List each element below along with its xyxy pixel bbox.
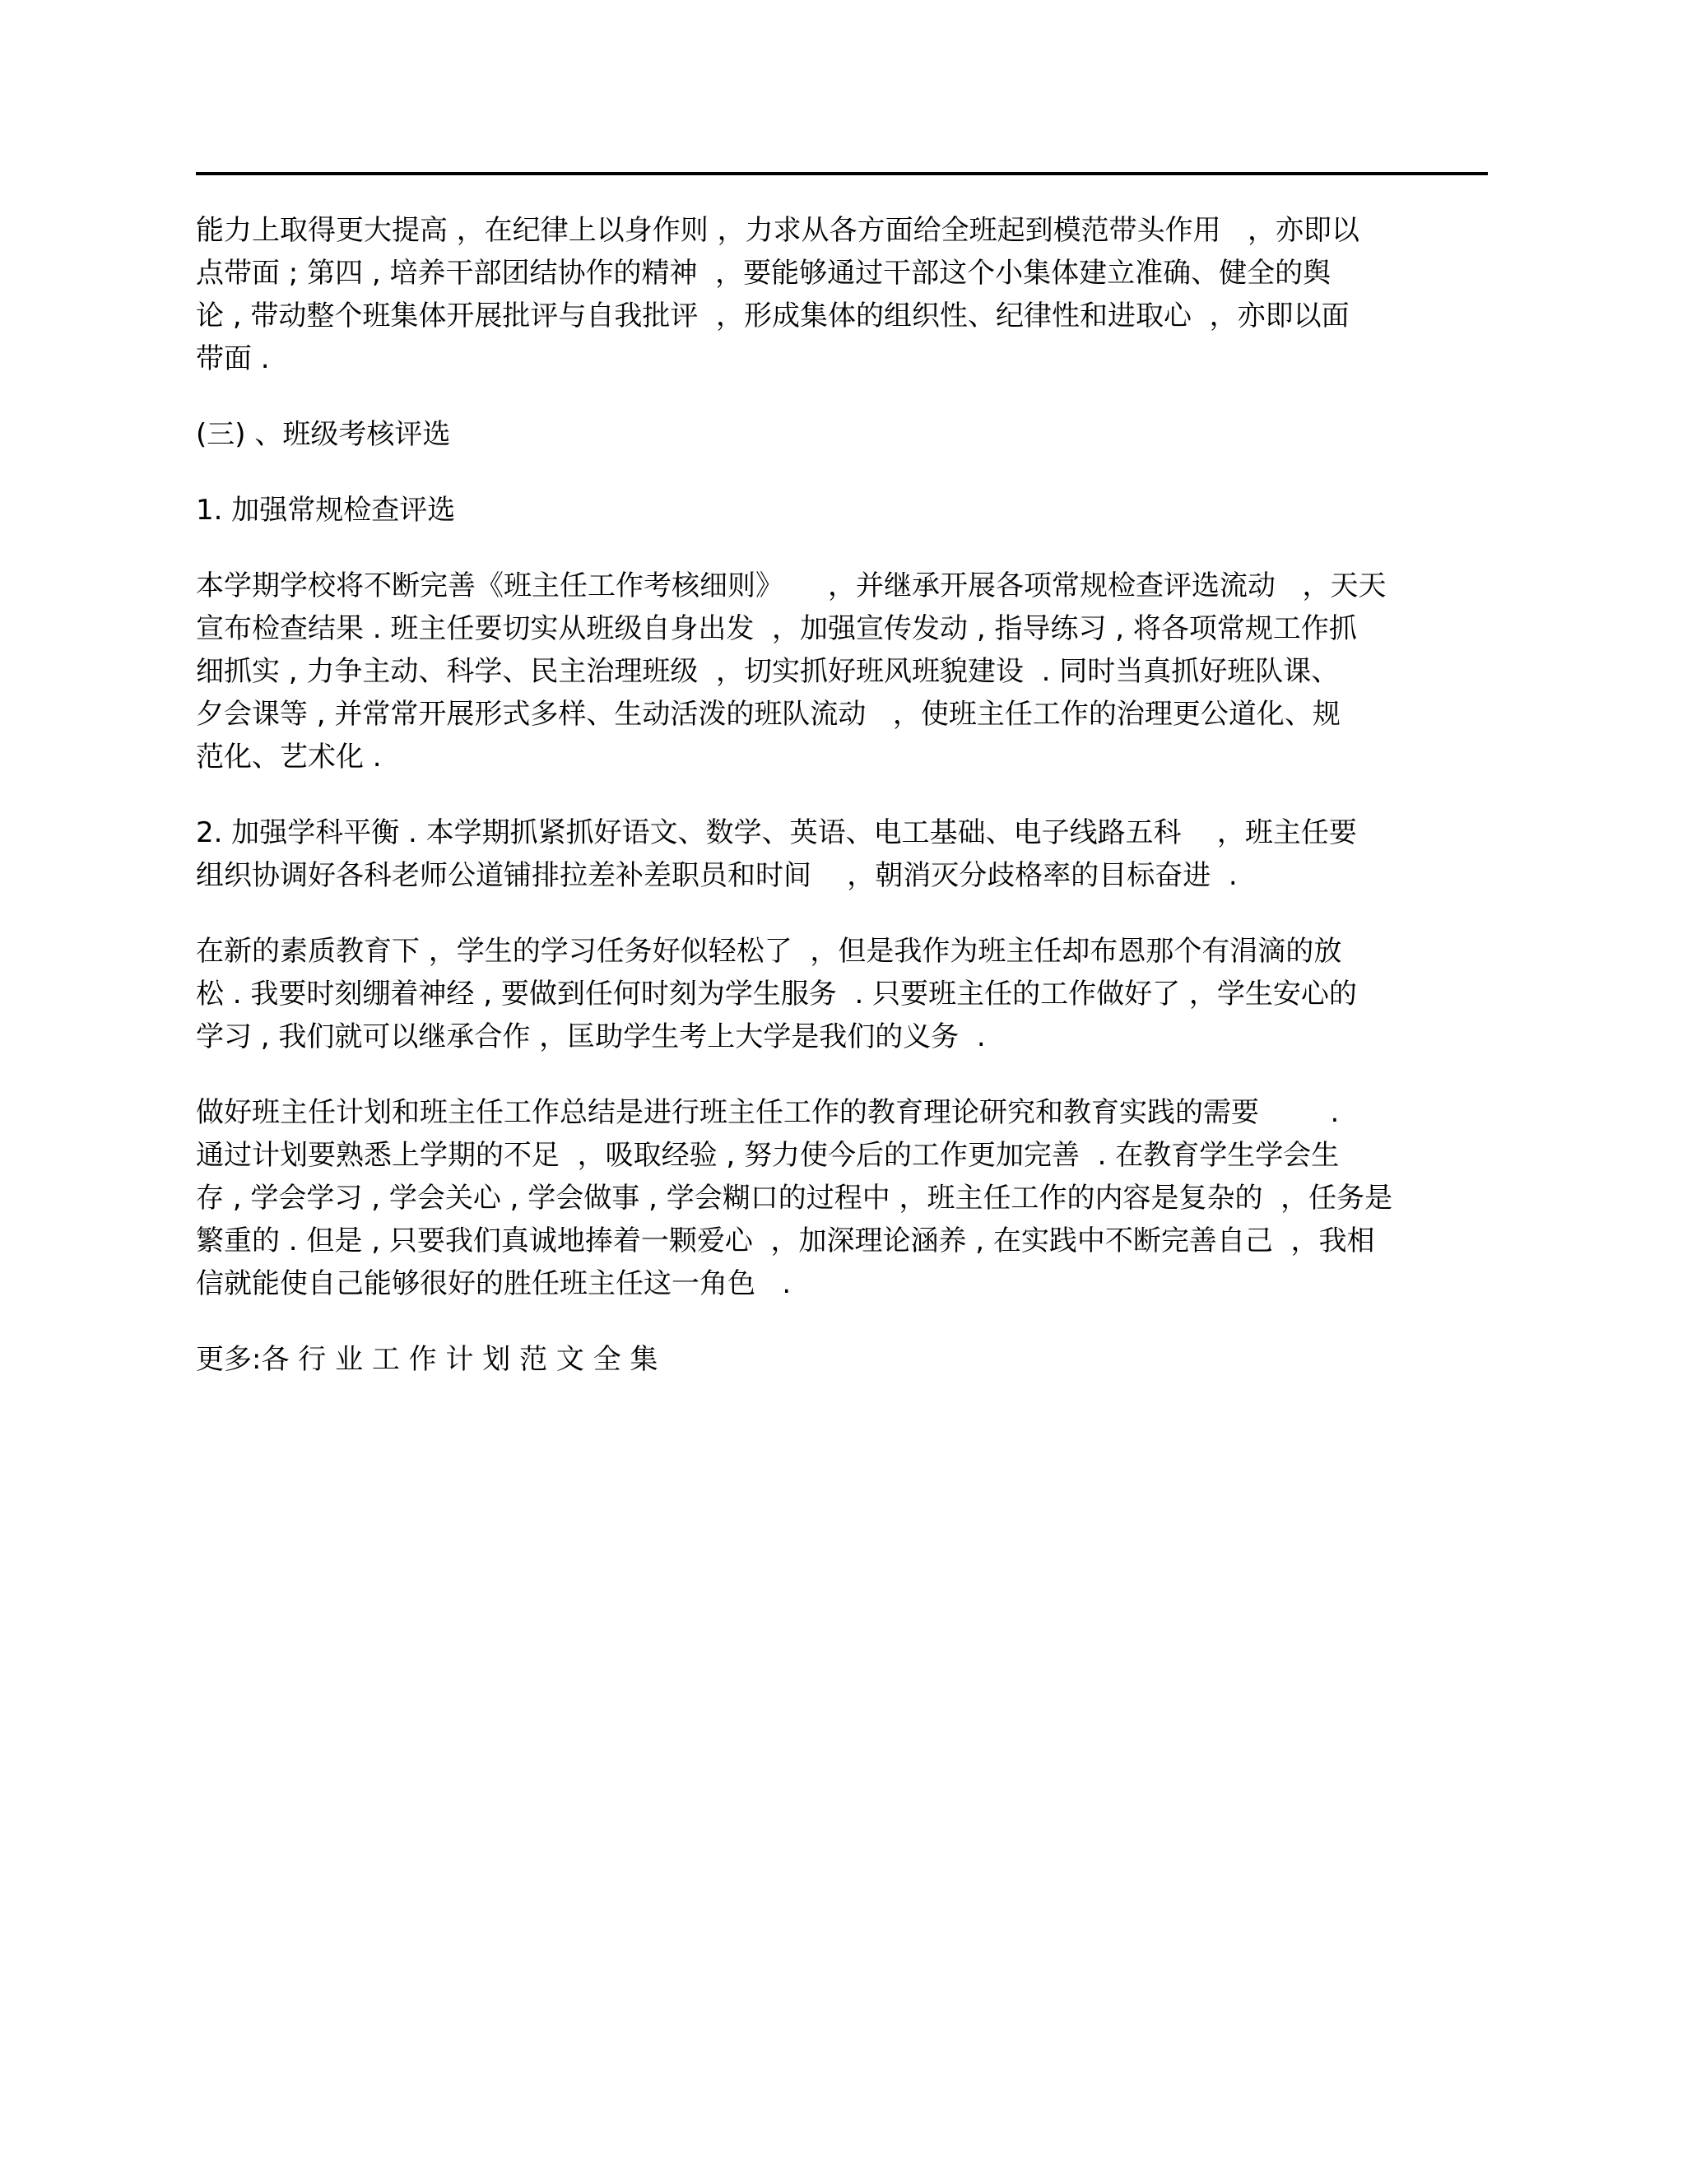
text-line: 能力上取得更大提高 ，在纪律上以身作则 ，力求从各方面给全班起到模范带头作用 ，… — [196, 209, 1496, 252]
text-line: 繁重的 . 但是 , 只要我们真诚地捧着一颗爱心 ，加深理论涵养 , 在实践中不… — [196, 1220, 1496, 1262]
text-line: 宣布检查结果 . 班主任要切实从班级自身出发 ，加强宣传发动 , 指导练习 , … — [196, 607, 1496, 650]
text-line: 松 . 我要时刻绷着神经 , 要做到任何时刻为学生服务 . 只要班主任的工作做好… — [196, 973, 1496, 1015]
text-line: 夕会课等 , 并常常开展形式多样、生动活泼的班队流动 ，使班主任工作的治理更公道… — [196, 693, 1496, 736]
text-line: 组织协调好各科老师公道铺排拉差补差职员和时间 ，朝消灭分歧格率的目标奋进 . — [196, 854, 1496, 897]
paragraph-routine-inspection: 本学期学校将不断完善《班主任工作考核细则》 ，并继承开展各项常规检查评选流动 ，… — [196, 565, 1496, 778]
document-content: 能力上取得更大提高 ，在纪律上以身作则 ，力求从各方面给全班起到模范带头作用 ，… — [196, 209, 1496, 1414]
document-page: 能力上取得更大提高 ，在纪律上以身作则 ，力求从各方面给全班起到模范带头作用 ，… — [0, 0, 1687, 2184]
text-line: 本学期学校将不断完善《班主任工作考核细则》 ，并继承开展各项常规检查评选流动 ，… — [196, 565, 1496, 607]
text-line: 1. 加强常规检查评选 — [196, 489, 1496, 532]
text-line: 范化、艺术化 . — [196, 736, 1496, 778]
paragraph-subject-balance: 2. 加强学科平衡 . 本学期抓紧抓好语文、数学、英语、电工基础、电子线路五科 … — [196, 811, 1496, 897]
text-line: 带面 . — [196, 337, 1496, 380]
text-line: (三) 、班级考核评选 — [196, 413, 1496, 456]
text-line: 学习 , 我们就可以继承合作 ，匡助学生考上大学是我们的义务 . — [196, 1015, 1496, 1058]
text-line: 点带面 ; 第四 , 培养干部团结协作的精神 ，要能够通过干部这个小集体建立准确… — [196, 252, 1496, 295]
footer-more-text: 更多:各 行 业 工 作 计 划 范 文 全 集 — [196, 1338, 1496, 1381]
text-line: 通过计划要熟悉上学期的不足 ，吸取经验 , 努力使今后的工作更加完善 . 在教育… — [196, 1134, 1496, 1177]
header-rule — [196, 172, 1488, 175]
text-line: 细抓实 , 力争主动、科学、民主治理班级 ，切实抓好班风班貌建设 . 同时当真抓… — [196, 650, 1496, 693]
text-line: 信就能使自己能够很好的胜任班主任这一角色 . — [196, 1262, 1496, 1305]
text-line: 论 , 带动整个班集体开展批评与自我批评 ，形成集体的组织性、纪律性和进取心 ，… — [196, 295, 1496, 337]
text-line: 2. 加强学科平衡 . 本学期抓紧抓好语文、数学、英语、电工基础、电子线路五科 … — [196, 811, 1496, 854]
heading-item-1: 1. 加强常规检查评选 — [196, 489, 1496, 532]
paragraph-summary: 做好班主任计划和班主任工作总结是进行班主任工作的教育理论研究和教育实践的需要 .… — [196, 1091, 1496, 1305]
paragraph-quality-education: 在新的素质教育下 ，学生的学习任务好似轻松了 ，但是我作为班主任却布恩那个有涓滴… — [196, 930, 1496, 1058]
heading-section-3: (三) 、班级考核评选 — [196, 413, 1496, 456]
text-line: 存 , 学会学习 , 学会关心 , 学会做事 , 学会糊口的过程中 ，班主任工作… — [196, 1177, 1496, 1220]
text-line: 更多:各 行 业 工 作 计 划 范 文 全 集 — [196, 1338, 1496, 1381]
text-line: 做好班主任计划和班主任工作总结是进行班主任工作的教育理论研究和教育实践的需要 . — [196, 1091, 1496, 1134]
text-line: 在新的素质教育下 ，学生的学习任务好似轻松了 ，但是我作为班主任却布恩那个有涓滴… — [196, 930, 1496, 973]
paragraph-cadre-training: 能力上取得更大提高 ，在纪律上以身作则 ，力求从各方面给全班起到模范带头作用 ，… — [196, 209, 1496, 380]
